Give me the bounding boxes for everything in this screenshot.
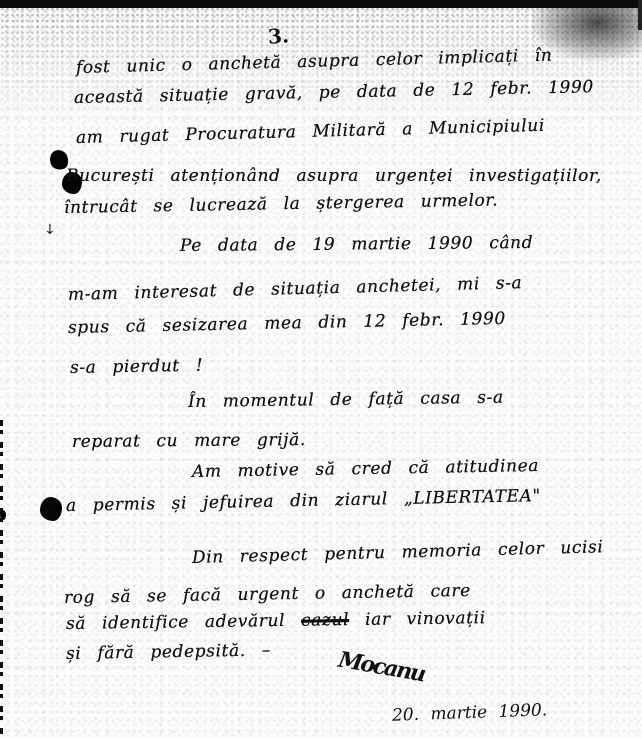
- letter-line: În momentul de față casa s-a: [188, 388, 504, 412]
- scan-top-border: [0, 0, 642, 8]
- letter-line: întrucât se lucrează la ștergerea urmelo…: [64, 190, 499, 218]
- scan-left-edge: [0, 420, 3, 738]
- margin-mark: ↓: [44, 222, 56, 238]
- letter-line: Pe data de 19 martie 1990 când: [180, 233, 533, 256]
- letter-line: această situație gravă, pe data de 12 fe…: [74, 77, 594, 108]
- letter-line: Din respect pentru memoria celor ucisi: [192, 537, 604, 568]
- struck-out-word: cazul: [301, 610, 349, 631]
- letter-line: am rugat Procuratura Militară a Municipi…: [76, 116, 545, 148]
- letter-line: rog să se facă urgent o anchetă care: [64, 581, 471, 608]
- letter-line: reparat cu mare grijă.: [72, 430, 306, 452]
- letter-line: Am motive să cred că atitudinea: [192, 456, 539, 482]
- ink-blot: [0, 510, 6, 520]
- line-text-tail: iar vinovații: [365, 608, 486, 630]
- scan-right-edge: [638, 0, 642, 738]
- scanned-letter-page: 3. fost unic o anchetă asupra celor impl…: [0, 0, 642, 738]
- line-text: să identifice adevărul: [66, 611, 285, 634]
- letter-line: s-a pierdut !: [70, 356, 204, 378]
- signature: Mocanu: [336, 647, 426, 688]
- ink-blot: [40, 497, 62, 521]
- letter-line: m-am interesat de situația anchetei, mi …: [68, 273, 523, 305]
- letter-line: București atenționând asupra urgenței in…: [66, 166, 602, 186]
- letter-line: fost unic o anchetă asupra celor implica…: [76, 46, 553, 78]
- letter-line: a permis și jefuirea din ziarul „LIBERTA…: [66, 486, 541, 516]
- signature-date: 20. martie 1990.: [392, 700, 548, 725]
- letter-line: spus că sesizarea mea din 12 febr. 1990: [68, 309, 506, 338]
- page-number: 3.: [267, 23, 290, 48]
- letter-line: și fără pedepsită. –: [66, 640, 271, 664]
- letter-line: să identifice adevărul cazul iar vinovaț…: [66, 608, 486, 634]
